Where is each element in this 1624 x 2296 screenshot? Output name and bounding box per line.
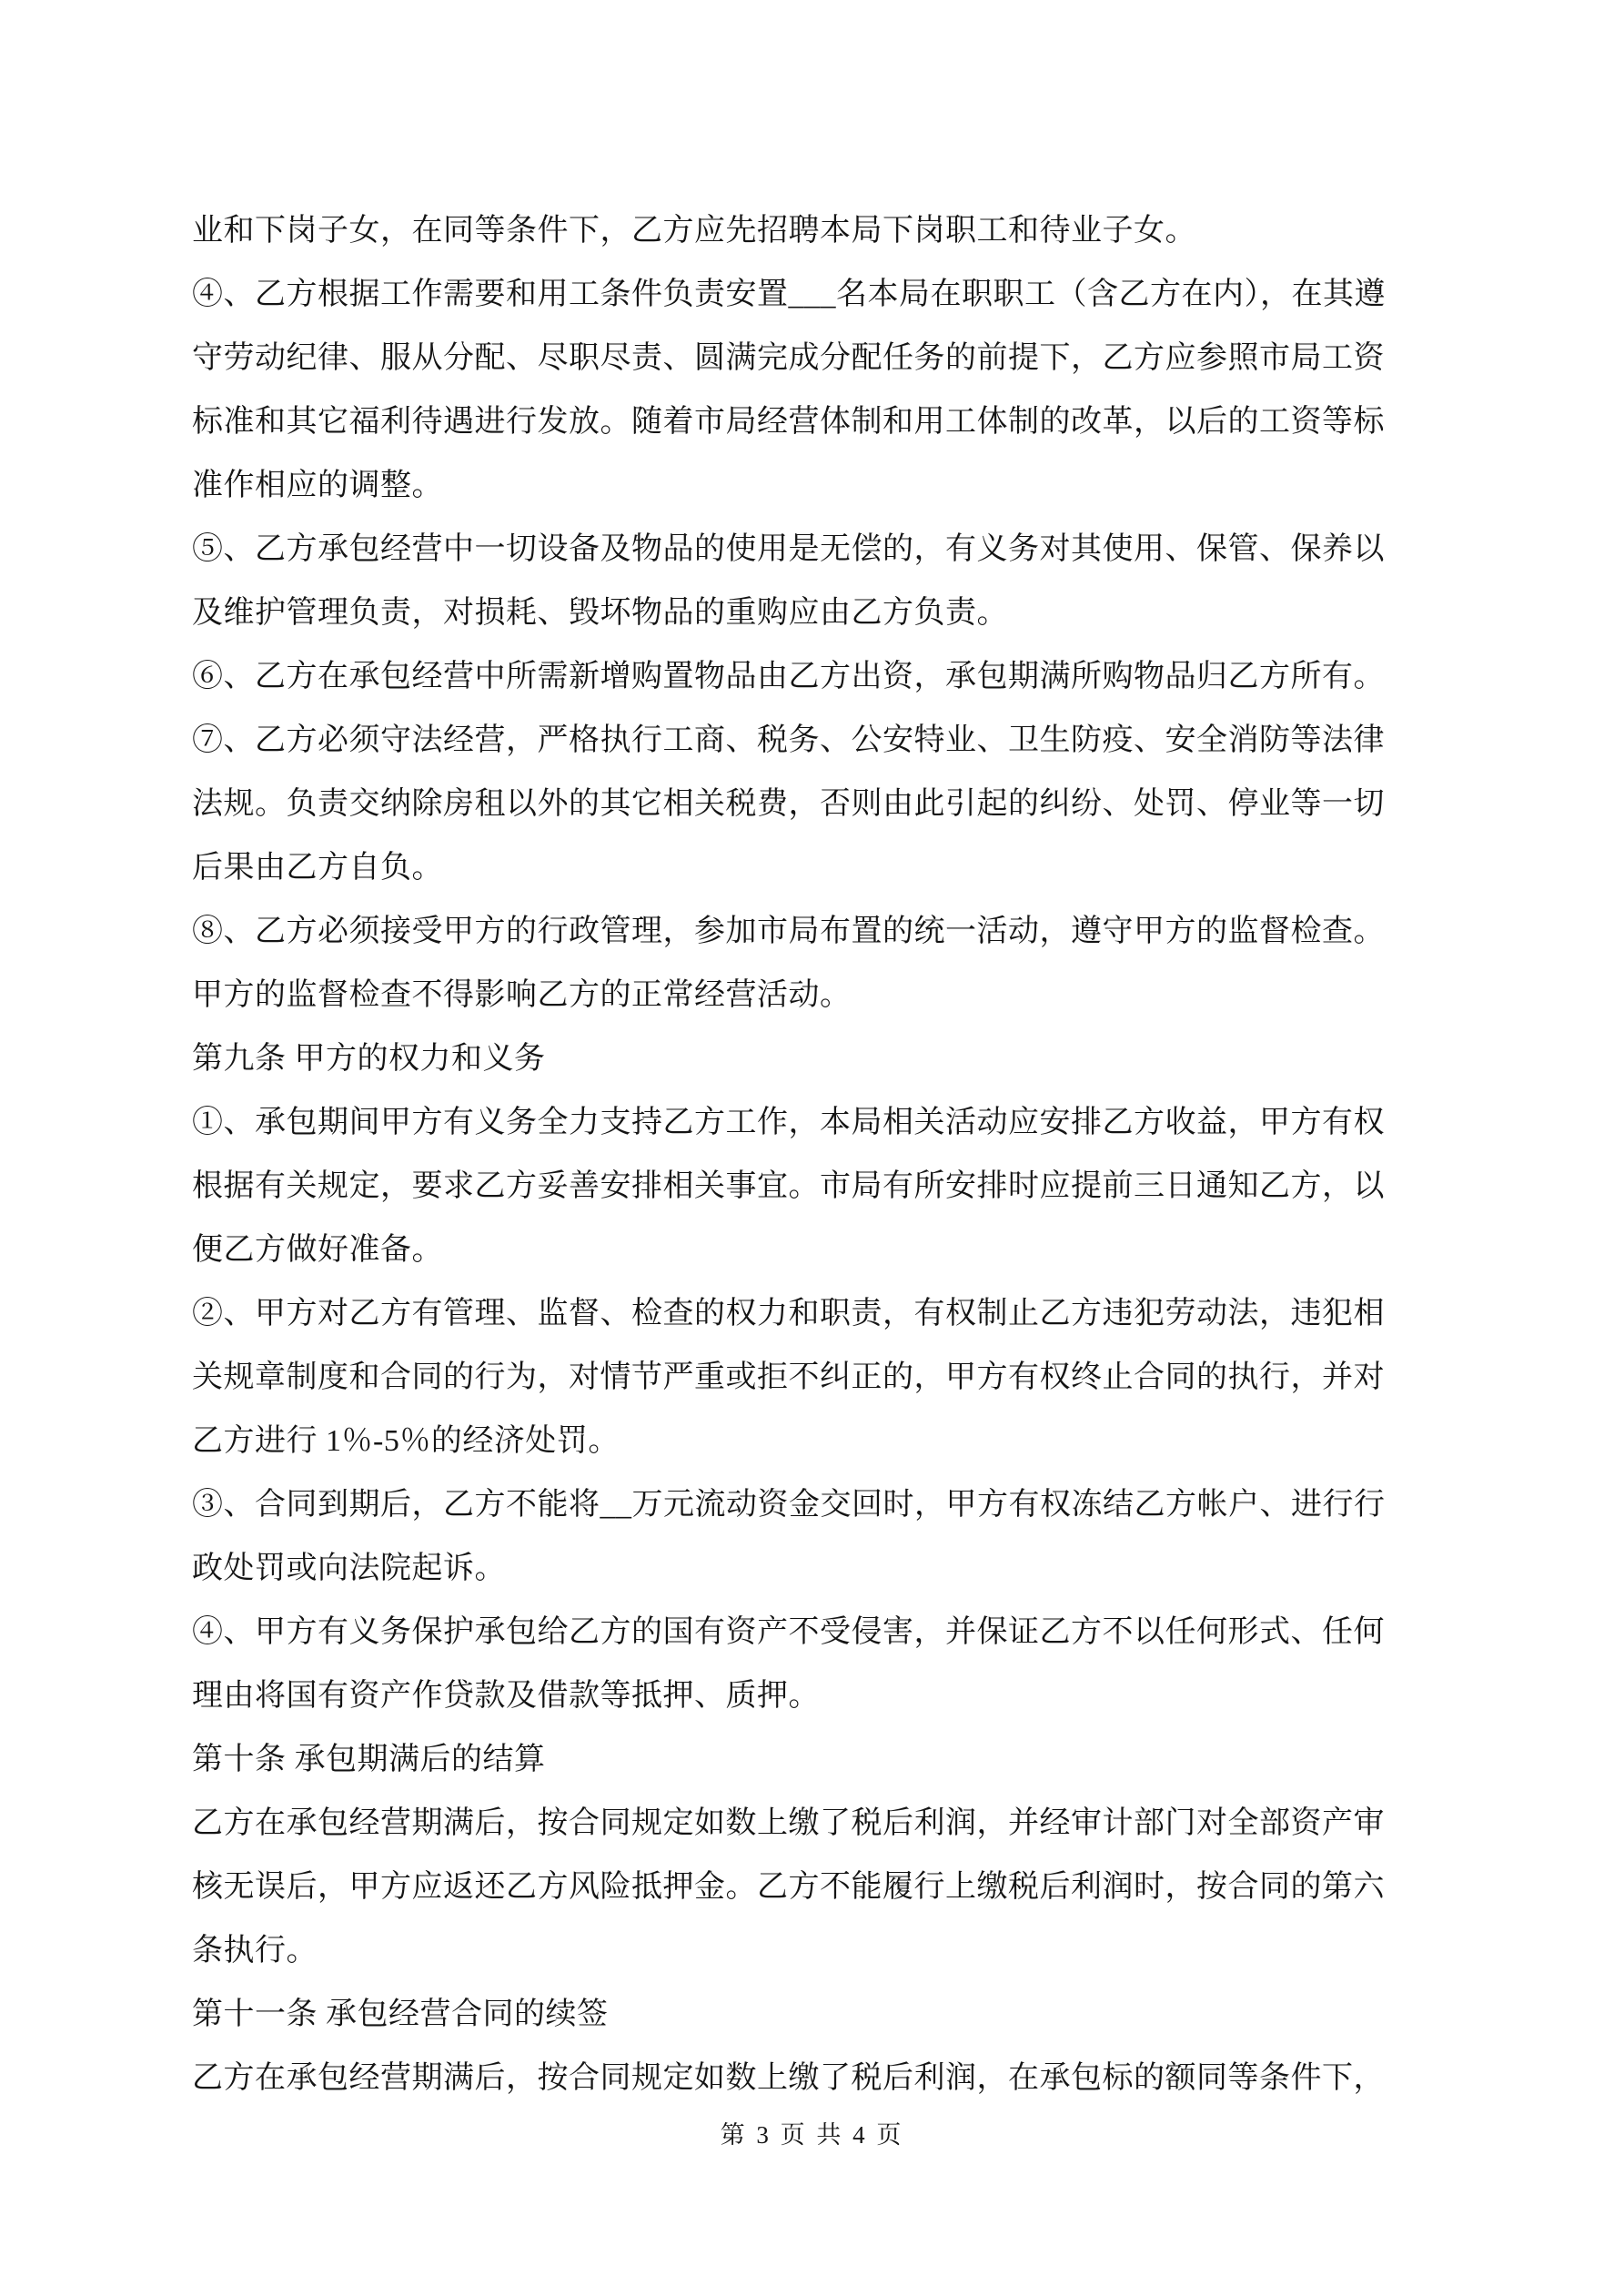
text-line: 第十一条 承包经营合同的续签 bbox=[192, 1983, 1440, 2047]
text-line: 守劳动纪律、服从分配、尽职尽责、圆满完成分配任务的前提下，乙方应参照市局工资 bbox=[192, 327, 1440, 390]
text-line: ④、甲方有义务保护承包给乙方的国有资产不受侵害，并保证乙方不以任何形式、任何 bbox=[192, 1601, 1440, 1664]
text-line: ⑧、乙方必须接受甲方的行政管理，参加市局布置的统一活动，遵守甲方的监督检查。 bbox=[192, 900, 1440, 964]
text-line: ⑥、乙方在承包经营中所需新增购置物品由乙方出资，承包期满所购物品归乙方所有。 bbox=[192, 645, 1440, 709]
text-line: 理由将国有资产作贷款及借款等抵押、质押。 bbox=[192, 1664, 1440, 1728]
text-line: 第十条 承包期满后的结算 bbox=[192, 1728, 1440, 1792]
text-line: 甲方的监督检查不得影响乙方的正常经营活动。 bbox=[192, 964, 1440, 1027]
text-line: 业和下岗子女，在同等条件下，乙方应先招聘本局下岗职工和待业子女。 bbox=[192, 199, 1440, 263]
text-line: 便乙方做好准备。 bbox=[192, 1219, 1440, 1282]
text-line: 乙方进行 1％-5％的经济处罚。 bbox=[192, 1410, 1440, 1473]
text-line: 乙方在承包经营期满后，按合同规定如数上缴了税后利润，并经审计部门对全部资产审 bbox=[192, 1792, 1440, 1856]
document-page: 业和下岗子女，在同等条件下，乙方应先招聘本局下岗职工和待业子女。④、乙方根据工作… bbox=[0, 0, 1624, 2296]
text-line: 第九条 甲方的权力和义务 bbox=[192, 1027, 1440, 1091]
text-line: 政处罚或向法院起诉。 bbox=[192, 1537, 1440, 1601]
text-line: 及维护管理负责，对损耗、毁坏物品的重购应由乙方负责。 bbox=[192, 582, 1440, 645]
text-line: ②、甲方对乙方有管理、监督、检查的权力和职责，有权制止乙方违犯劳动法，违犯相 bbox=[192, 1282, 1440, 1346]
text-line: 标准和其它福利待遇进行发放。随着市局经营体制和用工体制的改革，以后的工资等标 bbox=[192, 390, 1440, 454]
text-line: ①、承包期间甲方有义务全力支持乙方工作，本局相关活动应安排乙方收益，甲方有权 bbox=[192, 1091, 1440, 1155]
text-line: 核无误后，甲方应返还乙方风险抵押金。乙方不能履行上缴税后利润时，按合同的第六 bbox=[192, 1856, 1440, 1919]
text-line: 准作相应的调整。 bbox=[192, 454, 1440, 518]
text-line: ③、合同到期后，乙方不能将__万元流动资金交回时，甲方有权冻结乙方帐户、进行行 bbox=[192, 1473, 1440, 1537]
text-line: 法规。负责交纳除房租以外的其它相关税费，否则由此引起的纠纷、处罚、停业等一切 bbox=[192, 773, 1440, 836]
text-line: ⑤、乙方承包经营中一切设备及物品的使用是无偿的，有义务对其使用、保管、保养以 bbox=[192, 518, 1440, 582]
text-line: ⑦、乙方必须守法经营，严格执行工商、税务、公安特业、卫生防疫、安全消防等法律 bbox=[192, 709, 1440, 773]
document-body: 业和下岗子女，在同等条件下，乙方应先招聘本局下岗职工和待业子女。④、乙方根据工作… bbox=[192, 199, 1440, 2110]
text-line: 根据有关规定，要求乙方妥善安排相关事宜。市局有所安排时应提前三日通知乙方，以 bbox=[192, 1155, 1440, 1219]
text-line: 后果由乙方自负。 bbox=[192, 836, 1440, 900]
text-line: ④、乙方根据工作需要和用工条件负责安置___名本局在职职工（含乙方在内），在其遵 bbox=[192, 263, 1440, 327]
text-line: 乙方在承包经营期满后，按合同规定如数上缴了税后利润，在承包标的额同等条件下， bbox=[192, 2047, 1440, 2110]
page-footer: 第 3 页 共 4 页 bbox=[0, 2117, 1624, 2153]
text-line: 条执行。 bbox=[192, 1919, 1440, 1983]
text-line: 关规章制度和合同的行为，对情节严重或拒不纠正的，甲方有权终止合同的执行，并对 bbox=[192, 1346, 1440, 1410]
